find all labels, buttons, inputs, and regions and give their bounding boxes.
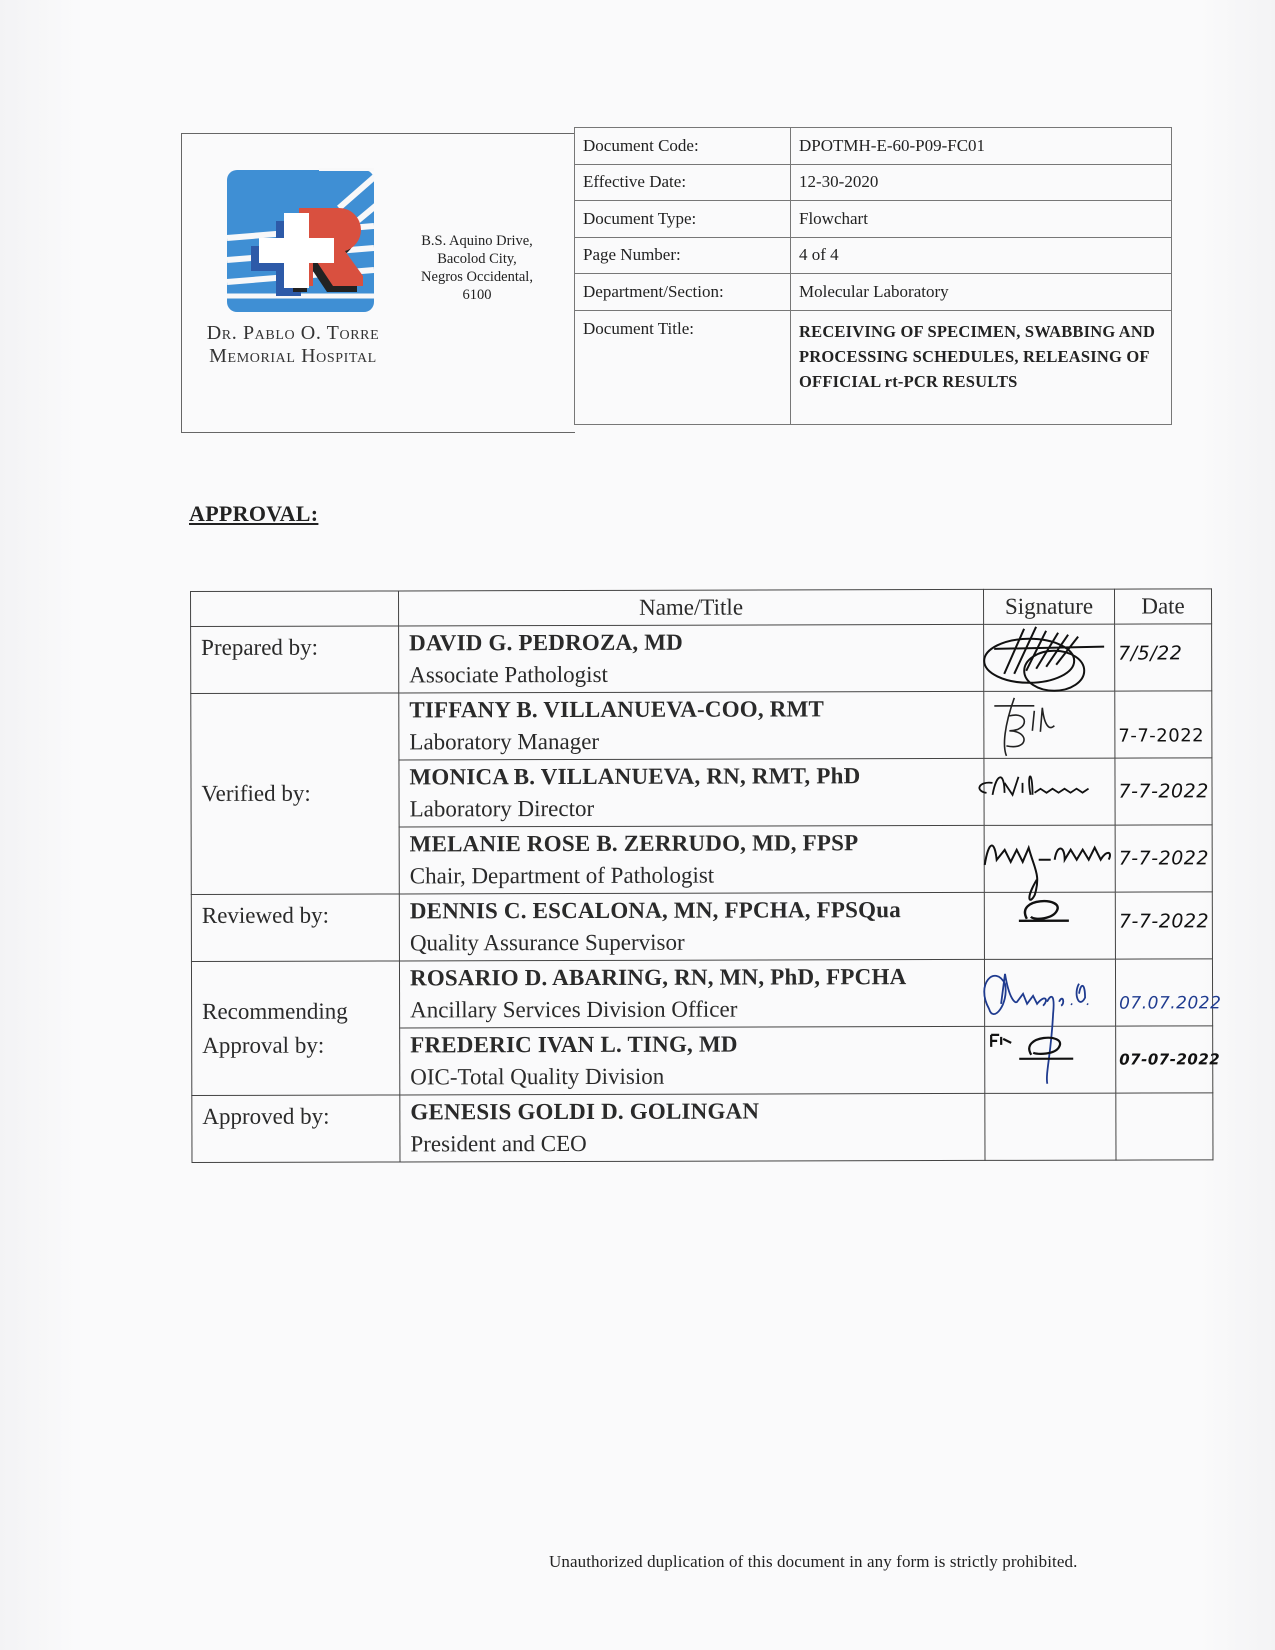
document-code-value: DPOTMH-E-60-P09-FC01 [791,128,1172,165]
field-label: Effective Date: [575,164,791,201]
approval-table: Name/Title Signature Date Prepared by: D… [190,588,1213,1163]
header-logo-block: Dr. Pablo O. Torre Memorial Hospital B.S… [181,133,575,433]
person-title: Quality Assurance Supervisor [410,926,984,959]
role-label: Prepared by: [191,626,399,694]
signature-cell [984,825,1115,892]
role-label: Verified by: [191,693,400,895]
hospital-name-line1: Dr. Pablo O. Torre [188,322,398,345]
person-title: Ancillary Services Division Officer [410,993,984,1026]
person-cell: MONICA B. VILLANUEVA, RN, RMT, PhD Labor… [399,758,984,827]
field-label: Department/Section: [575,274,791,311]
document-control-table: Document Code: DPOTMH-E-60-P09-FC01 Effe… [574,127,1172,425]
field-label: Document Title: [575,310,791,424]
field-label: Page Number: [575,237,791,274]
role-label-line: Approval by: [202,1028,399,1063]
person-name: TIFFANY B. VILLANUEVA-COO, RMT [409,692,983,727]
person-title: Laboratory Manager [409,725,983,758]
hospital-name-line2: Memorial Hospital [188,345,398,368]
column-header-role [191,591,399,627]
date-cell: 7/5/22 [1115,624,1212,691]
date-cell: 7-7-2022 [1115,691,1212,758]
signature-cell [984,758,1115,825]
table-row: Verified by: TIFFANY B. VILLANUEVA-COO, … [191,691,1212,761]
field-label: Document Code: [575,128,791,165]
person-name: MONICA B. VILLANUEVA, RN, RMT, PhD [409,759,983,794]
role-label: Recommending Approval by: [191,961,399,1096]
field-label: Document Type: [575,201,791,238]
document-type-row: Document Type: Flowchart [575,201,1172,238]
date-cell: 7-7-2022 [1115,758,1212,825]
hospital-address: B.S. Aquino Drive, Bacolod City, Negros … [407,232,547,304]
column-header-name-title: Name/Title [399,589,984,626]
signature-cell-empty [985,1093,1116,1160]
column-header-date: Date [1114,589,1211,624]
person-name: ROSARIO D. ABARING, RN, MN, PhD, FPCHA [410,960,984,995]
person-cell: DENNIS C. ESCALONA, MN, FPCHA, FPSQua Qu… [399,892,984,961]
date-cell-empty [1116,1093,1213,1160]
person-cell: MELANIE ROSE B. ZERRUDO, MD, FPSP Chair,… [399,825,984,894]
effective-date-row: Effective Date: 12-30-2020 [575,164,1172,201]
signed-date: 7-7-2022 [1119,910,1209,932]
person-title: President and CEO [410,1127,984,1160]
signed-date: 7/5/22 [1118,642,1182,664]
signature-cell [984,624,1115,691]
signature-scribble-icon [975,887,1115,957]
role-label: Approved by: [192,1095,400,1163]
signed-date: 07-07-2022 [1119,1050,1220,1068]
hospital-name: Dr. Pablo O. Torre Memorial Hospital [188,322,398,368]
signature-cell [984,959,1115,1026]
signed-date: 7-7-2022 [1118,780,1208,802]
person-name: GENESIS GOLDI D. GOLINGAN [410,1094,984,1129]
date-cell: 07-07-2022 [1116,1026,1213,1093]
document-code-row: Document Code: DPOTMH-E-60-P09-FC01 [575,128,1172,165]
table-row: Prepared by: DAVID G. PEDROZA, MD Associ… [191,624,1212,694]
duplication-notice: Unauthorized duplication of this documen… [549,1552,1077,1572]
signature-cell [984,691,1115,758]
person-cell: DAVID G. PEDROZA, MD Associate Pathologi… [399,624,984,693]
date-cell: 7-7-2022 [1115,892,1212,959]
address-line: Negros Occidental, [407,268,547,286]
person-cell: GENESIS GOLDI D. GOLINGAN President and … [400,1093,985,1162]
document-title-row: Document Title: RECEIVING OF SPECIMEN, S… [575,310,1172,424]
person-title: OIC-Total Quality Division [410,1060,984,1093]
signed-date: 7-7-2022 [1119,847,1209,869]
signed-date: 07.07.2022 [1119,993,1221,1013]
table-row: Recommending Approval by: ROSARIO D. ABA… [191,959,1212,1029]
department-row: Department/Section: Molecular Laboratory [575,274,1172,311]
signature-scribble-icon [975,1021,1115,1091]
role-label-line: Recommending [202,994,399,1029]
person-cell: TIFFANY B. VILLANUEVA-COO, RMT Laborator… [399,691,984,760]
person-name: FREDERIC IVAN L. TING, MD [410,1027,984,1062]
signature-cell [985,1026,1116,1093]
person-cell: ROSARIO D. ABARING, RN, MN, PhD, FPCHA A… [399,959,984,1028]
document-title-value: RECEIVING OF SPECIMEN, SWABBING AND PROC… [791,310,1172,424]
document-type-value: Flowchart [791,201,1172,238]
person-name: DENNIS C. ESCALONA, MN, FPCHA, FPSQua [410,893,984,928]
table-row: Approved by: GENESIS GOLDI D. GOLINGAN P… [192,1093,1213,1163]
signature-cell [984,892,1115,959]
date-cell: 07.07.2022 [1115,959,1212,1026]
address-line: B.S. Aquino Drive, [407,232,547,250]
person-title: Associate Pathologist [409,658,983,691]
person-cell: FREDERIC IVAN L. TING, MD OIC-Total Qual… [400,1026,985,1095]
role-label: Reviewed by: [191,894,399,962]
person-name: DAVID G. PEDROZA, MD [409,625,983,660]
signed-date: 7-7-2022 [1118,725,1204,746]
person-title: Chair, Department of Pathologist [410,859,984,892]
approval-heading: APPROVAL: [189,501,318,527]
person-name: MELANIE ROSE B. ZERRUDO, MD, FPSP [410,826,984,861]
address-line: Bacolod City, [407,250,547,268]
department-value: Molecular Laboratory [791,274,1172,311]
page-number-row: Page Number: 4 of 4 [575,237,1172,274]
date-cell: 7-7-2022 [1115,825,1212,892]
effective-date-value: 12-30-2020 [791,164,1172,201]
hospital-logo-cross-r-icon [219,168,374,323]
page-number-value: 4 of 4 [791,237,1172,274]
address-line: 6100 [407,286,547,304]
person-title: Laboratory Director [410,792,984,825]
table-row: Reviewed by: DENNIS C. ESCALONA, MN, FPC… [191,892,1212,962]
